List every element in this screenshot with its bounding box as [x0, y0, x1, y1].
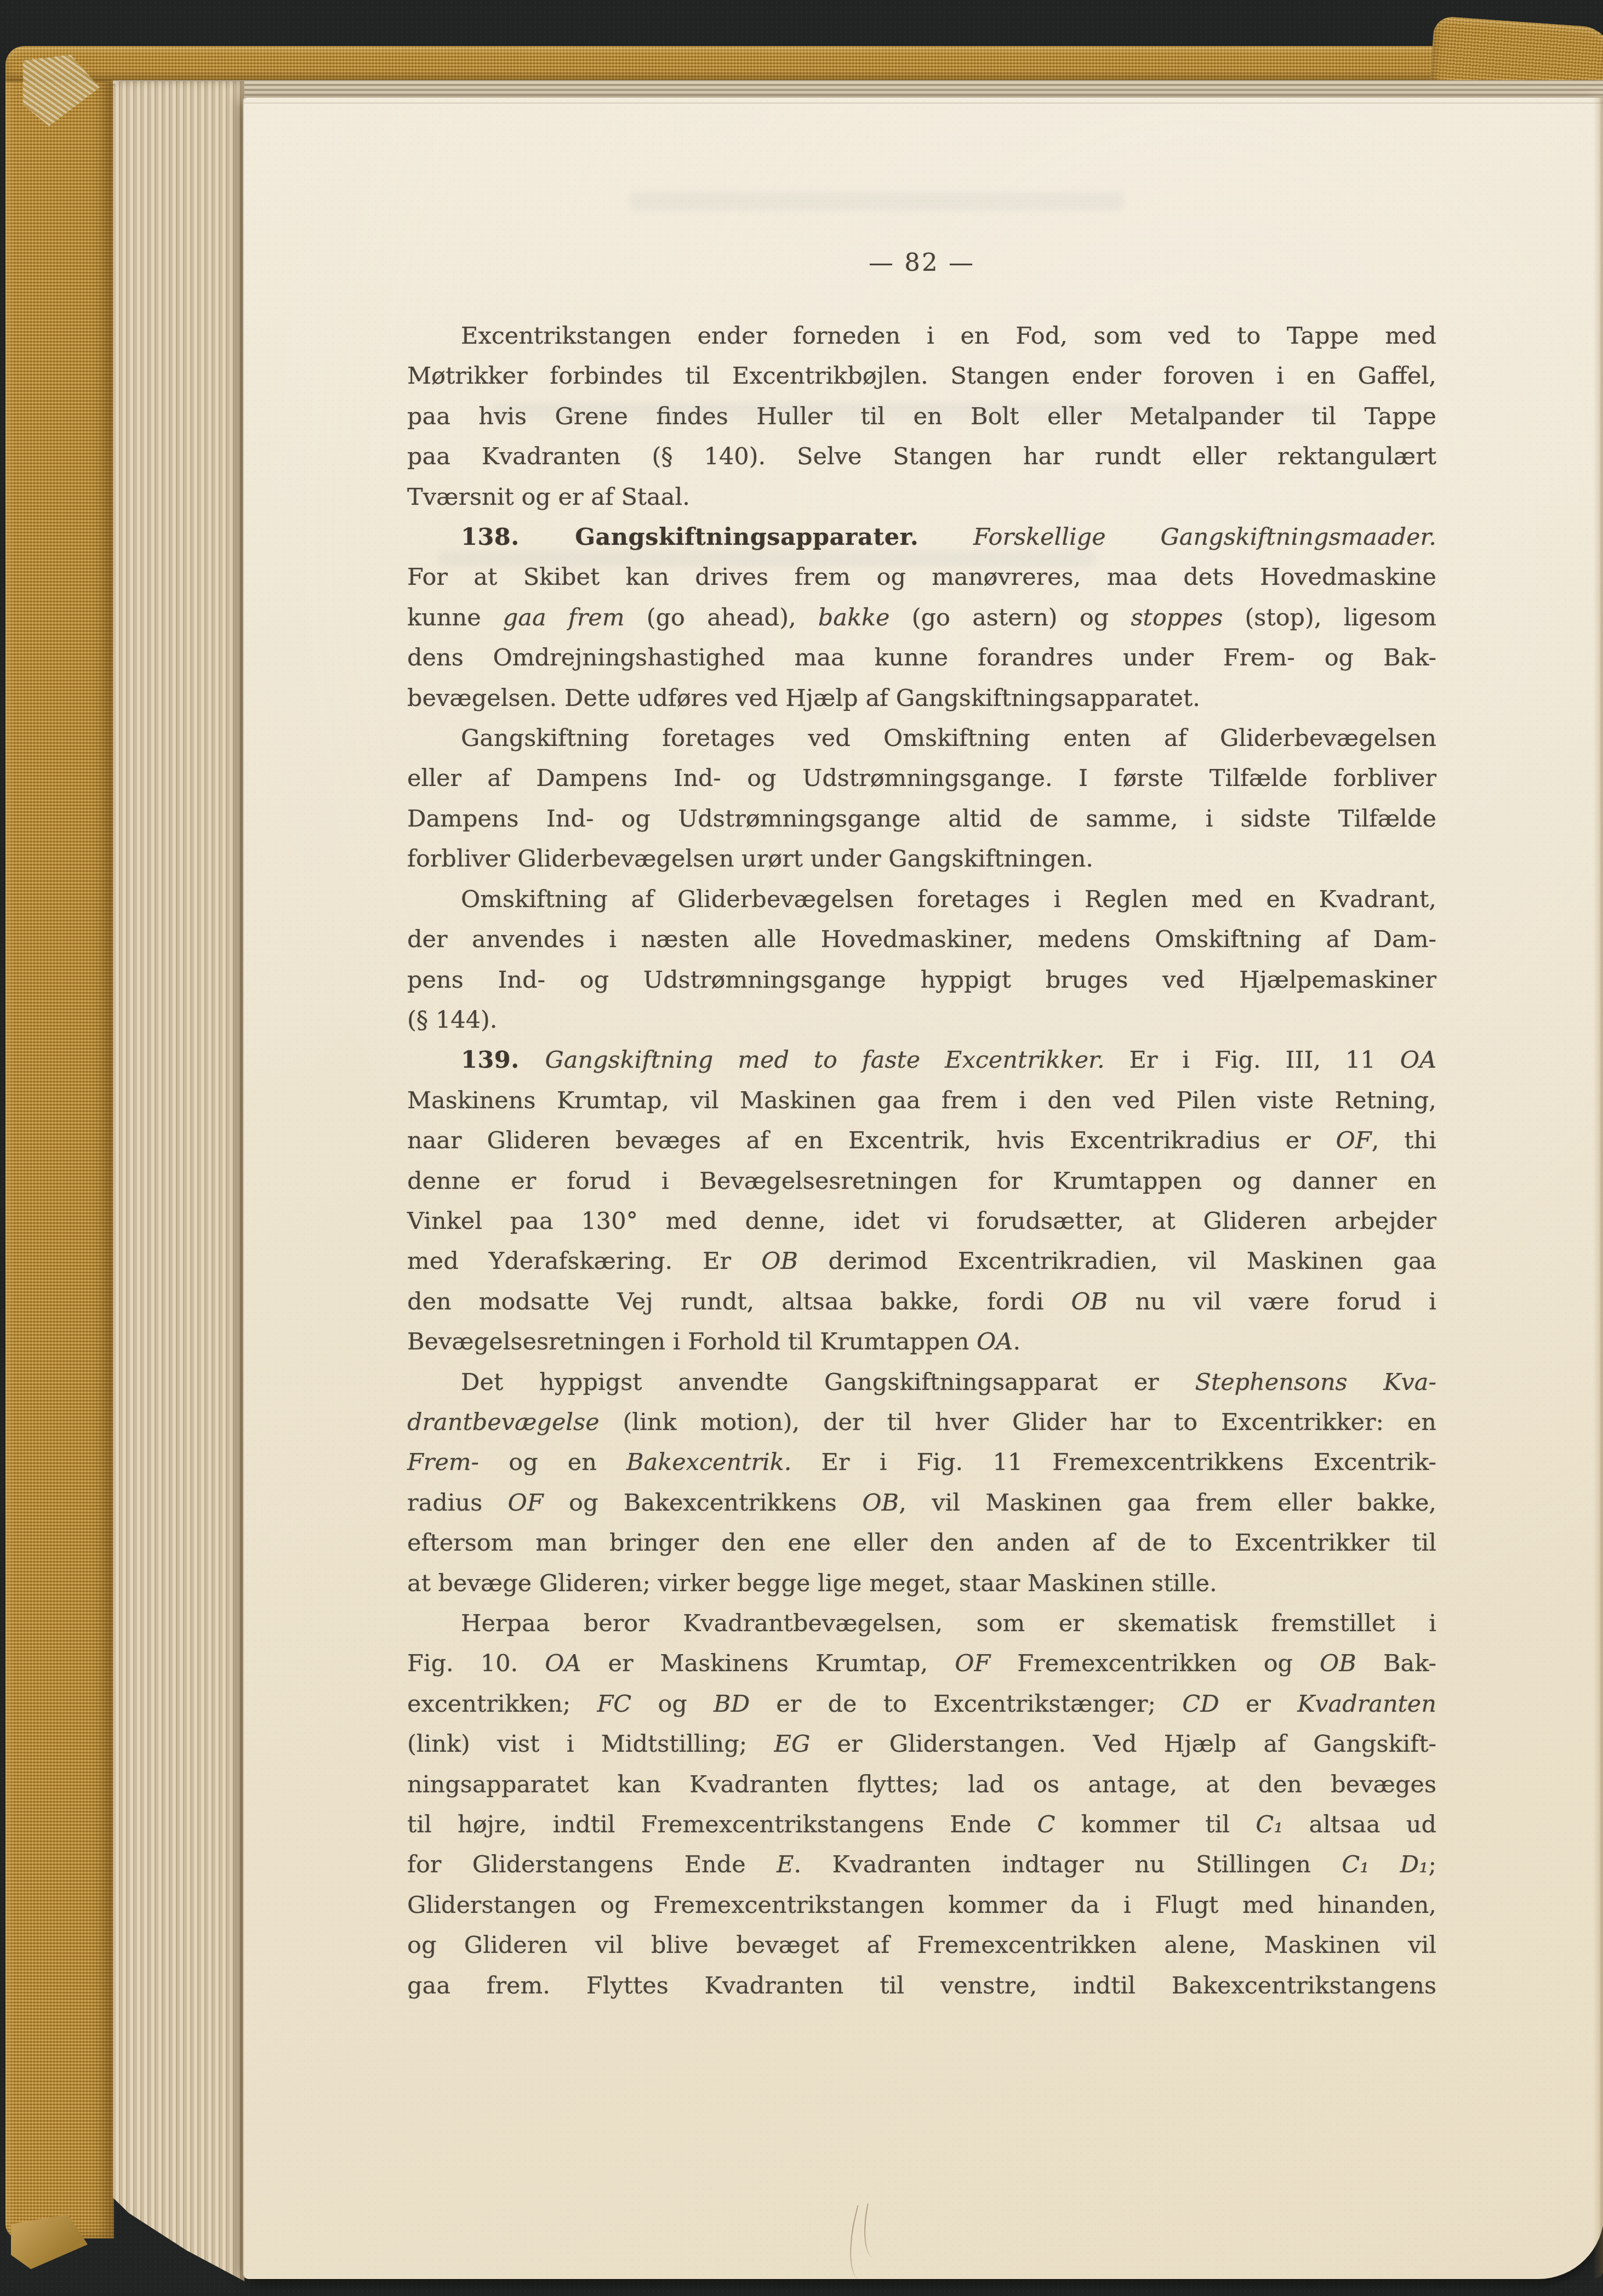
italic-text: Kvadranten: [1297, 1690, 1436, 1718]
body-text: er Maskinens Krumtap,: [581, 1650, 955, 1677]
book-cover-top-edge: [5, 46, 1498, 82]
body-text: ningsapparatet kan Kvadranten flyttes; l…: [407, 1771, 1436, 1798]
body-text: og en: [479, 1449, 626, 1476]
text-line: paa hvis Grene findes Huller til en Bolt…: [407, 397, 1436, 437]
text-block: Excentrikstangen ender forneden i en Fod…: [407, 316, 1436, 2006]
body-text: Er i Fig. III, 11: [1105, 1046, 1400, 1074]
bold-text: 139.: [461, 1046, 545, 1074]
body-text: (go astern) og: [890, 604, 1131, 631]
text-line: Frem- og en Bakexcentrik. Er i Fig. 11 F…: [407, 1443, 1436, 1483]
body-text: forbliver Gliderbevægelsen urørt under G…: [407, 845, 1093, 873]
body-text: Fremexcentrikken og: [990, 1650, 1320, 1677]
text-line: den modsatte Vej rundt, altsaa bakke, fo…: [407, 1282, 1436, 1322]
page-edges-left: [113, 81, 244, 2281]
text-line: for Gliderstangens Ende E. Kvadranten in…: [407, 1845, 1436, 1885]
body-text: der anvendes i næsten alle Hovedmaskiner…: [407, 926, 1436, 953]
body-text: gaa frem. Flyttes Kvadranten til venstre…: [407, 1972, 1436, 1999]
body-text: med Yderafskæring. Er: [407, 1247, 761, 1275]
italic-text: Stephensons Kva-: [1195, 1369, 1436, 1396]
text-line: Dampens Ind- og Udstrømningsgange altid …: [407, 799, 1436, 839]
body-text: og Glideren vil blive bevæget af Fremexc…: [407, 1932, 1436, 1959]
italic-text: C₁: [1256, 1811, 1283, 1838]
italic-text: OB: [862, 1489, 899, 1517]
body-text: [919, 523, 973, 551]
italic-text: Bakexcentrik.: [626, 1449, 792, 1476]
text-line: naar Glideren bevæges af en Excentrik, h…: [407, 1121, 1436, 1161]
body-text: er: [1219, 1690, 1297, 1718]
body-text: paa hvis Grene findes Huller til en Bolt…: [407, 403, 1436, 430]
body-text: kommer til: [1056, 1811, 1256, 1838]
body-text: . Kvadranten indtager nu Stillingen: [794, 1851, 1342, 1878]
body-text: For at Skibet kan drives frem og manøvre…: [407, 563, 1436, 591]
text-line: pens Ind- og Udstrømningsgange hyppigt b…: [407, 960, 1436, 1000]
body-text: er de to Excentrikstænger;: [750, 1690, 1182, 1718]
italic-text: gaa frem: [503, 604, 625, 631]
body-text: Dampens Ind- og Udstrømningsgange altid …: [407, 805, 1436, 833]
body-text: denne er forud i Bevægelsesretningen for…: [407, 1167, 1436, 1195]
italic-text: OB: [761, 1247, 798, 1275]
italic-text: BD: [714, 1690, 750, 1718]
text-line: ningsapparatet kan Kvadranten flyttes; l…: [407, 1765, 1436, 1805]
text-line: gaa frem. Flyttes Kvadranten til venstre…: [407, 1966, 1436, 2006]
text-line: denne er forud i Bevægelsesretningen for…: [407, 1161, 1436, 1201]
body-text: for Gliderstangens Ende: [407, 1851, 777, 1878]
body-text: nu vil være forud i: [1108, 1288, 1436, 1315]
bold-text: 138. Gangskiftningsapparater.: [461, 523, 919, 551]
body-text: og Bakexcentrikkens: [544, 1489, 863, 1517]
body-text: Omskiftning af Gliderbevægelsen foretage…: [461, 886, 1436, 913]
text-line: drantbevægelse (link motion), der til hv…: [407, 1403, 1436, 1443]
italic-text: OA: [977, 1328, 1013, 1355]
body-text: (go ahead),: [625, 604, 818, 631]
body-text: Excentrikstangen ender forneden i en Fod…: [461, 322, 1436, 350]
text-line: der anvendes i næsten alle Hovedmaskiner…: [407, 920, 1436, 960]
italic-text: OF: [508, 1489, 544, 1517]
text-line: (§ 144).: [407, 1000, 1436, 1040]
text-line: Fig. 10. OA er Maskinens Krumtap, OF Fre…: [407, 1644, 1436, 1684]
italic-text: OB: [1320, 1650, 1356, 1677]
body-text: (stop), ligesom: [1223, 604, 1436, 631]
text-line: Gliderstangen og Fremexcentrikstangen ko…: [407, 1885, 1436, 1925]
body-text: , thi: [1372, 1127, 1436, 1154]
body-text: Gangskiftning foretages ved Omskiftning …: [461, 725, 1436, 752]
italic-text: OF: [1336, 1127, 1372, 1154]
body-text: Bevægelsesretningen i Forhold til Krumta…: [407, 1328, 977, 1355]
text-line: kunne gaa frem (go ahead), bakke (go ast…: [407, 598, 1436, 638]
text-line: radius OF og Bakexcentrikkens OB, vil Ma…: [407, 1483, 1436, 1523]
body-text: (link motion), der til hver Glider har t…: [600, 1409, 1436, 1436]
body-text: ;: [1428, 1851, 1436, 1878]
text-line: Maskinens Krumtap, vil Maskinen gaa frem…: [407, 1081, 1436, 1121]
italic-text: Frem-: [407, 1449, 479, 1476]
italic-text: E: [777, 1851, 794, 1878]
body-text: Vinkel paa 130° med denne, idet vi forud…: [407, 1207, 1436, 1235]
body-text: (§ 144).: [407, 1006, 497, 1034]
body-text: pens Ind- og Udstrømningsgange hyppigt b…: [407, 966, 1436, 994]
italic-text: Forskellige Gangskiftningsmaader.: [973, 523, 1436, 551]
text-line: Vinkel paa 130° med denne, idet vi forud…: [407, 1201, 1436, 1241]
text-line: 138. Gangskiftningsapparater. Forskellig…: [407, 517, 1436, 557]
page-number: — 82 —: [407, 248, 1436, 277]
italic-text: C₁ D₁: [1342, 1851, 1428, 1878]
italic-text: OA: [1400, 1046, 1436, 1074]
body-text: Er i Fig. 11 Fremexcentrikkens Excentrik…: [792, 1449, 1436, 1476]
text-line: Bevægelsesretningen i Forhold til Krumta…: [407, 1322, 1436, 1362]
book-cover-left-edge: [5, 47, 114, 2238]
body-text: Maskinens Krumtap, vil Maskinen gaa frem…: [407, 1087, 1436, 1114]
body-text: naar Glideren bevæges af en Excentrik, h…: [407, 1127, 1336, 1154]
body-text: at bevæge Glideren; virker begge lige me…: [407, 1570, 1217, 1597]
text-line: forbliver Gliderbevægelsen urørt under G…: [407, 839, 1436, 879]
body-text: er Gliderstangen. Ved Hjælp af Gangskift…: [810, 1730, 1436, 1758]
body-text: derimod Excentrikradien, vil Maskinen ga…: [798, 1247, 1436, 1275]
text-line: Tværsnit og er af Staal.: [407, 477, 1436, 517]
body-text: (link) vist i Midtstilling;: [407, 1730, 774, 1758]
text-line: eftersom man bringer den ene eller den a…: [407, 1523, 1436, 1563]
italic-text: C: [1037, 1811, 1056, 1838]
italic-text: CD: [1182, 1690, 1219, 1718]
body-text: den modsatte Vej rundt, altsaa bakke, fo…: [407, 1288, 1071, 1315]
body-text: , vil Maskinen gaa frem eller bakke,: [899, 1489, 1436, 1517]
italic-text: OF: [955, 1650, 990, 1677]
italic-text: Gangskiftning med to faste Excentrikker.: [545, 1046, 1104, 1074]
text-line: bevægelsen. Dette udføres ved Hjælp af G…: [407, 679, 1436, 719]
body-text: .: [1013, 1328, 1020, 1355]
italic-text: OA: [545, 1650, 581, 1677]
text-line: 139. Gangskiftning med to faste Excentri…: [407, 1040, 1436, 1080]
body-text: til højre, indtil Fremexcentrikstangens …: [407, 1811, 1037, 1838]
text-line: med Yderafskæring. Er OB derimod Excentr…: [407, 1241, 1436, 1281]
body-text: Møtrikker forbindes til Excentrikbøjlen.…: [407, 362, 1436, 390]
text-line: Omskiftning af Gliderbevægelsen foretage…: [407, 880, 1436, 920]
body-text: paa Kvadranten (§ 140). Selve Stangen ha…: [407, 443, 1436, 470]
text-line: at bevæge Glideren; virker begge lige me…: [407, 1564, 1436, 1604]
body-text: Det hyppigst anvendte Gangskiftningsappa…: [461, 1369, 1195, 1396]
body-text: Tværsnit og er af Staal.: [407, 483, 690, 511]
text-line: Det hyppigst anvendte Gangskiftningsappa…: [407, 1363, 1436, 1403]
body-text: kunne: [407, 604, 503, 631]
text-line: excentrikken; FC og BD er de to Excentri…: [407, 1684, 1436, 1724]
ink-bleed-mark: [630, 192, 1123, 210]
body-text: bevægelsen. Dette udføres ved Hjælp af G…: [407, 685, 1200, 712]
scanned-book-photo: — 82 — Excentrikstangen ender forneden i…: [0, 0, 1603, 2296]
italic-text: EG: [774, 1730, 811, 1758]
body-text: dens Omdrejningshastighed maa kunne fora…: [407, 644, 1436, 671]
body-text: Herpaa beror Kvadrantbevægelsen, som er …: [461, 1610, 1436, 1637]
italic-text: FC: [597, 1690, 631, 1718]
text-line: til højre, indtil Fremexcentrikstangens …: [407, 1805, 1436, 1845]
italic-text: drantbevægelse: [407, 1409, 600, 1436]
italic-text: stoppes: [1131, 604, 1223, 631]
body-text: eller af Dampens Ind- og Udstrømningsgan…: [407, 765, 1436, 792]
body-text: eftersom man bringer den ene eller den a…: [407, 1529, 1436, 1557]
body-text: altsaa ud: [1283, 1811, 1436, 1838]
text-line: Møtrikker forbindes til Excentrikbøjlen.…: [407, 356, 1436, 396]
text-line: Excentrikstangen ender forneden i en Fod…: [407, 316, 1436, 356]
italic-text: OB: [1071, 1288, 1108, 1315]
body-text: radius: [407, 1489, 508, 1517]
text-line: eller af Dampens Ind- og Udstrømningsgan…: [407, 759, 1436, 799]
text-line: Herpaa beror Kvadrantbevægelsen, som er …: [407, 1604, 1436, 1644]
body-text: Gliderstangen og Fremexcentrikstangen ko…: [407, 1892, 1436, 1919]
body-text: Fig. 10.: [407, 1650, 545, 1677]
italic-text: bakke: [818, 604, 890, 631]
body-text: Bak-: [1356, 1650, 1436, 1677]
text-line: dens Omdrejningshastighed maa kunne fora…: [407, 638, 1436, 678]
body-text: excentrikken;: [407, 1690, 597, 1718]
text-line: og Glideren vil blive bevæget af Fremexc…: [407, 1925, 1436, 1965]
text-line: For at Skibet kan drives frem og manøvre…: [407, 557, 1436, 597]
text-line: paa Kvadranten (§ 140). Selve Stangen ha…: [407, 437, 1436, 477]
text-line: Gangskiftning foretages ved Omskiftning …: [407, 719, 1436, 759]
text-line: (link) vist i Midtstilling; EG er Glider…: [407, 1724, 1436, 1764]
body-text: og: [631, 1690, 714, 1718]
